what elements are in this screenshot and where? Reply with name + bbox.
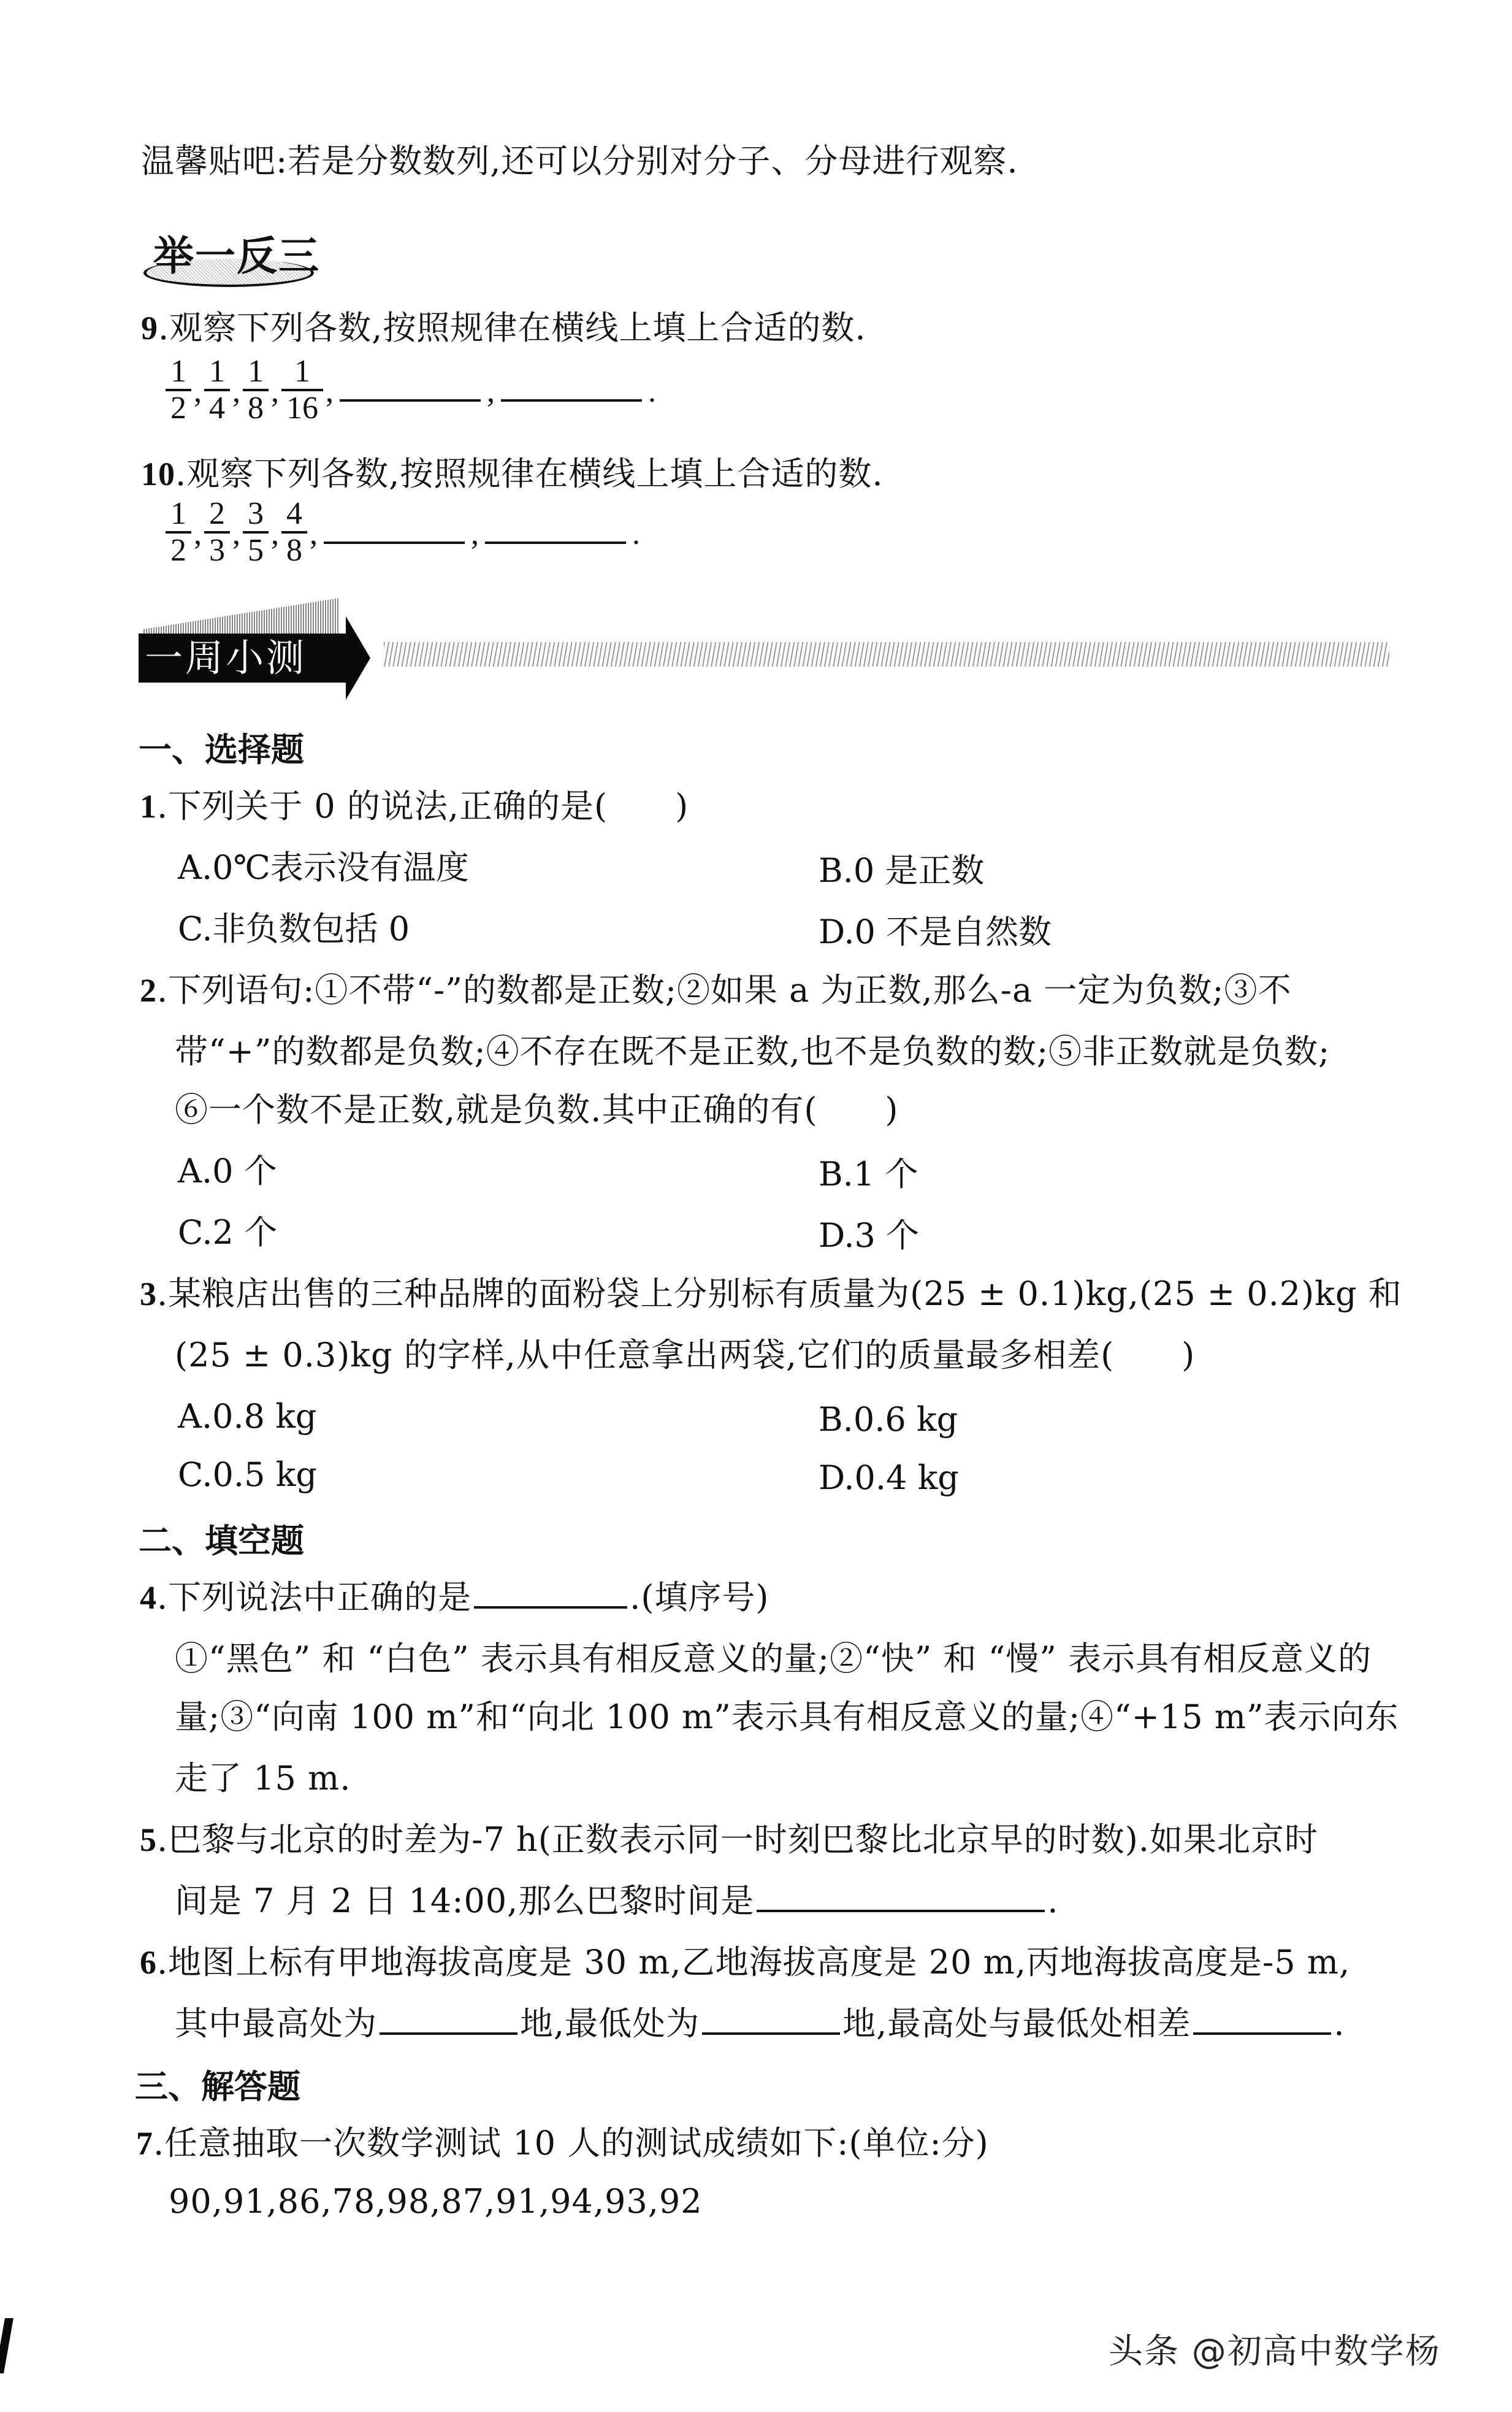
question-4: 4.下列说法中正确的是.(填序号) [140,1576,769,1619]
question-2-line-2: 带“+”的数都是负数;④不存在既不是正数,也不是负数的数;⑤非正数就是负数; [175,1030,1330,1073]
question-7-scores: 90,91,86,78,98,87,91,94,93,92 [169,2180,703,2223]
fraction: 14 [204,354,230,426]
answer-blank-difference[interactable] [1193,2005,1331,2035]
question-number: 2 [140,972,157,1009]
answer-blank-2[interactable] [485,521,626,544]
option-a[interactable]: A.0 个 [178,1150,277,1193]
answer-blank-2[interactable] [501,378,642,402]
option-d[interactable]: D.3 个 [819,1214,919,1257]
fraction: 12 [166,497,191,568]
question-text: .下列说法中正确的是 [157,1578,472,1617]
question-stem: .观察下列各数,按照规律在横线上填上合适的数. [158,308,866,347]
option-b[interactable]: B.0 是正数 [819,849,984,892]
answer-blank-lowest[interactable] [702,2005,840,2035]
option-b[interactable]: B.0.6 kg [819,1398,958,1441]
answer-blank[interactable] [474,1579,627,1609]
answer-blank[interactable] [757,1883,1045,1912]
banner-stripes-decoration [384,642,1389,667]
question-text: 其中最高处为 [175,2004,377,2043]
question-number: 6 [140,1944,157,1981]
fraction: 116 [281,354,323,426]
q10-fraction-sequence: 12, 23, 35, 48, , . [166,497,643,568]
question-7: 7.任意抽取一次数学测试 10 人的测试成绩如下:(单位:分) [136,2122,989,2165]
weekly-quiz-label: 一周小测 [145,634,307,683]
question-number: 4 [140,1579,157,1616]
question-text: .下列语句:①不带“-”的数都是正数;②如果 a 为正数,那么-a 一定为负数;… [157,971,1292,1009]
question-number: 5 [140,1821,157,1858]
answer-blank-highest[interactable] [380,2005,517,2035]
question-4-line-2: ①“黑色” 和 “白色” 表示具有相反意义的量;②“快” 和 “慢” 表示具有相… [175,1637,1372,1680]
question-4-line-3: 量;③“向南 100 m”和“向北 100 m”表示具有相反意义的量;④“+15… [175,1696,1399,1739]
question-5-line-2: 间是 7 月 2 日 14:00,那么巴黎时间是. [175,1880,1059,1923]
watermark: 头条 @初高中数学杨 [1109,2324,1441,2373]
option-b[interactable]: B.1 个 [819,1153,918,1196]
fraction: 12 [166,354,191,426]
fraction: 23 [204,497,230,568]
question-5-line-1: 5.巴黎与北京的时差为-7 h(正数表示同一时刻巴黎比北京早的时数).如果北京时 [140,1818,1318,1861]
question-number: 7 [136,2125,153,2162]
section-heading-choice: 一、选择题 [139,724,304,771]
option-a[interactable]: A.0℃表示没有温度 [178,846,469,889]
q9-fraction-sequence: 12, 14, 18, 116, , . [166,354,659,426]
question-text: 间是 7 月 2 日 14:00,那么巴黎时间是 [175,1882,754,1920]
option-d[interactable]: D.0 不是自然数 [819,911,1052,954]
option-c[interactable]: C.2 个 [178,1211,277,1254]
question-text: .地图上标有甲地海拔高度是 30 m,乙地海拔高度是 20 m,丙地海拔高度是-… [157,1943,1350,1981]
option-c[interactable]: C.0.5 kg [178,1453,317,1496]
question-6-line-1: 6.地图上标有甲地海拔高度是 30 m,乙地海拔高度是 20 m,丙地海拔高度是… [140,1941,1350,1984]
answer-blank-1[interactable] [340,378,481,402]
question-6-line-2: 其中最高处为地,最低处为地,最高处与最低处相差. [175,2002,1345,2045]
weekly-quiz-banner: 一周小测 [139,598,1396,696]
section-heading-solve: 三、解答题 [135,2061,300,2108]
question-4-line-4: 走了 15 m. [175,1757,351,1800]
question-1: 1.下列关于 0 的说法,正确的是( ) [140,785,689,828]
question-10: 10.观察下列各数,按照规律在横线上填上合适的数. [141,453,884,496]
question-text: 地,最高处与最低处相差 [842,2004,1191,2043]
arrow-right-icon [346,616,370,700]
question-3-line-2: (25 ± 0.3)kg 的字样,从中任意拿出两袋,它们的质量最多相差( ) [175,1334,1195,1377]
answer-blank-1[interactable] [324,521,465,544]
question-number: 9 [141,310,158,346]
question-9: 9.观察下列各数,按照规律在横线上填上合适的数. [141,307,866,350]
option-d[interactable]: D.0.4 kg [819,1457,959,1499]
option-c[interactable]: C.非负数包括 0 [178,908,410,951]
question-number: 3 [140,1276,157,1312]
question-text: .(填序号) [630,1578,769,1617]
fraction: 48 [281,497,307,568]
question-2-line-3: ⑥一个数不是正数,就是负数.其中正确的有( ) [175,1089,898,1131]
page-number-fragment [0,2318,13,2373]
fraction: 18 [243,354,269,426]
fraction: 35 [243,497,269,568]
question-text: .某粮店出售的三种品牌的面粉袋上分别标有质量为(25 ± 0.1)kg,(25 … [157,1274,1402,1313]
question-text: .巴黎与北京的时差为-7 h(正数表示同一时刻巴黎比北京早的时数).如果北京时 [157,1820,1318,1859]
tip-text: 温馨贴吧:若是分数数列,还可以分别对分子、分母进行观察. [141,140,1018,183]
question-2-line-1: 2.下列语句:①不带“-”的数都是正数;②如果 a 为正数,那么-a 一定为负数… [140,969,1292,1012]
question-stem: .观察下列各数,按照规律在横线上填上合适的数. [175,454,884,493]
section-heading-fill: 二、填空题 [139,1515,304,1562]
banner-shadow-decoration [143,598,340,635]
option-a[interactable]: A.0.8 kg [178,1395,317,1438]
question-text: 地,最低处为 [520,2004,700,2043]
question-stem: .任意抽取一次数学测试 10 人的测试成绩如下:(单位:分) [153,2124,989,2162]
practice-banner-label: 举一反三 [153,232,320,281]
period: . [1047,1882,1058,1920]
period: . [1334,2004,1345,2043]
question-stem: .下列关于 0 的说法,正确的是( ) [157,787,689,825]
practice-banner: 举一反三 [140,228,318,287]
question-3-line-1: 3.某粮店出售的三种品牌的面粉袋上分别标有质量为(25 ± 0.1)kg,(25… [140,1273,1402,1315]
question-number: 1 [140,788,157,825]
question-number: 10 [141,456,175,492]
